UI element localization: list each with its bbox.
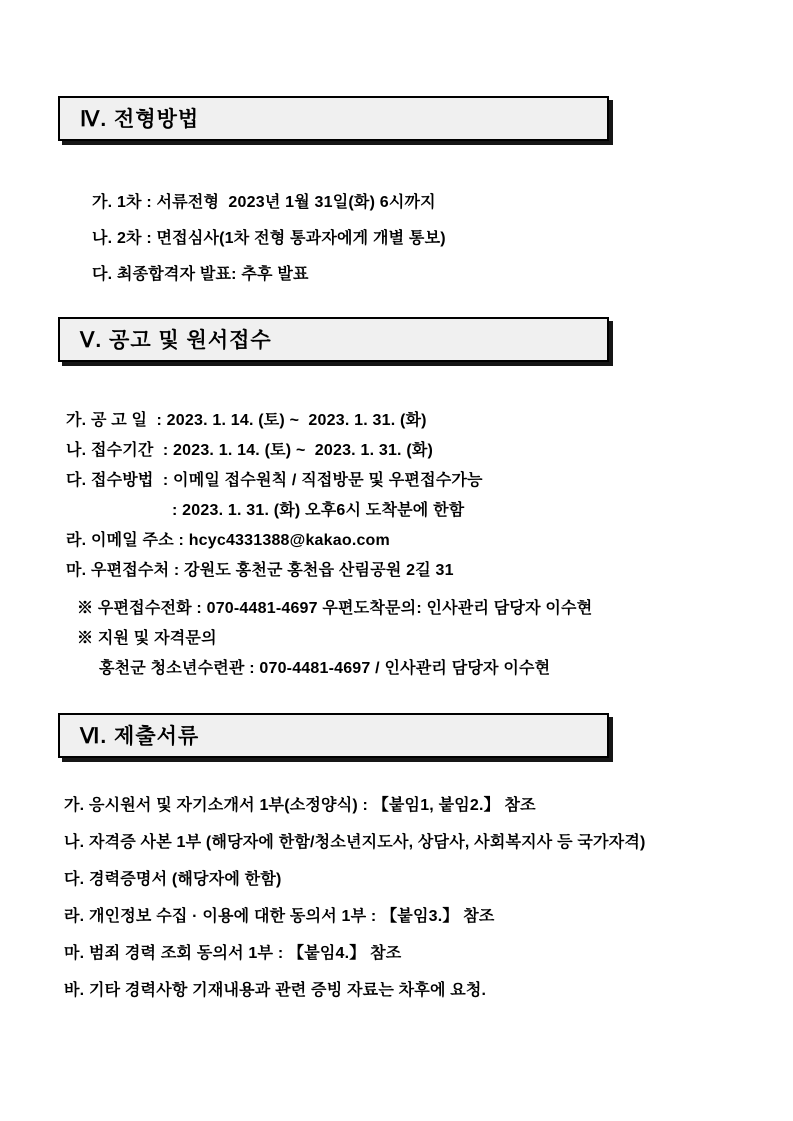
list-item: 나. 접수기간 : 2023. 1. 14. (토) ~ 2023. 1. 31… — [66, 436, 793, 466]
list-item: 다. 최종합격자 발표: 추후 발표 — [92, 257, 793, 293]
list-item: 마. 범죄 경력 조회 동의서 1부 : 【붙임4.】 참조 — [64, 935, 793, 972]
section-v-list: 가. 공 고 일 : 2023. 1. 14. (토) ~ 2023. 1. 3… — [66, 406, 793, 684]
list-item: 라. 개인정보 수집 · 이용에 대한 동의서 1부 : 【붙임3.】 참조 — [64, 898, 793, 935]
section-header-box-vi: Ⅵ. 제출서류 — [58, 713, 609, 758]
list-item: 바. 기타 경력사항 기재내용과 관련 증빙 자료는 차후에 요청. — [64, 972, 793, 1009]
note-item-inquiry: ※ 지원 및 자격문의 — [66, 624, 793, 654]
list-item: 가. 공 고 일 : 2023. 1. 14. (토) ~ 2023. 1. 3… — [66, 406, 793, 436]
section-heading-iv: Ⅳ. 전형방법 — [80, 103, 607, 133]
list-item-email: 라. 이메일 주소 : hcyc4331388@kakao.com — [66, 526, 793, 556]
list-item: 다. 접수방법 : 이메일 접수원칙 / 직접방문 및 우편접수가능 — [66, 466, 793, 496]
list-item-continuation: : 2023. 1. 31. (화) 오후6시 도착분에 한함 — [66, 496, 793, 526]
list-item-postal-address: 마. 우편접수처 : 강원도 홍천군 홍천읍 산림공원 2길 31 — [66, 556, 793, 586]
list-item: 가. 응시원서 및 자기소개서 1부(소정양식) : 【붙임1, 붙임2.】 참… — [64, 787, 793, 824]
list-item: 나. 자격증 사본 1부 (해당자에 한함/청소년지도사, 상담사, 사회복지사… — [64, 824, 793, 861]
section-iv-list: 가. 1차 : 서류전형 2023년 1월 31일(화) 6시까지 나. 2차 … — [92, 185, 793, 293]
section-vi-list: 가. 응시원서 및 자기소개서 1부(소정양식) : 【붙임1, 붙임2.】 참… — [64, 787, 793, 1009]
note-item-inquiry-detail: 홍천군 청소년수련관 : 070-4481-4697 / 인사관리 담당자 이수… — [66, 654, 793, 684]
list-item: 가. 1차 : 서류전형 2023년 1월 31일(화) 6시까지 — [92, 185, 793, 221]
note-item-phone: ※ 우편접수전화 : 070-4481-4697 우편도착문의: 인사관리 담당… — [66, 594, 793, 624]
section-header-box-iv: Ⅳ. 전형방법 — [58, 96, 609, 141]
section-heading-v: Ⅴ. 공고 및 원서접수 — [80, 324, 607, 354]
document-page: Ⅳ. 전형방법 가. 1차 : 서류전형 2023년 1월 31일(화) 6시까… — [0, 0, 793, 1121]
section-heading-vi: Ⅵ. 제출서류 — [80, 720, 607, 750]
section-header-box-v: Ⅴ. 공고 및 원서접수 — [58, 317, 609, 362]
list-item: 나. 2차 : 면접심사(1차 전형 통과자에게 개별 통보) — [92, 221, 793, 257]
list-item: 다. 경력증명서 (해당자에 한함) — [64, 861, 793, 898]
